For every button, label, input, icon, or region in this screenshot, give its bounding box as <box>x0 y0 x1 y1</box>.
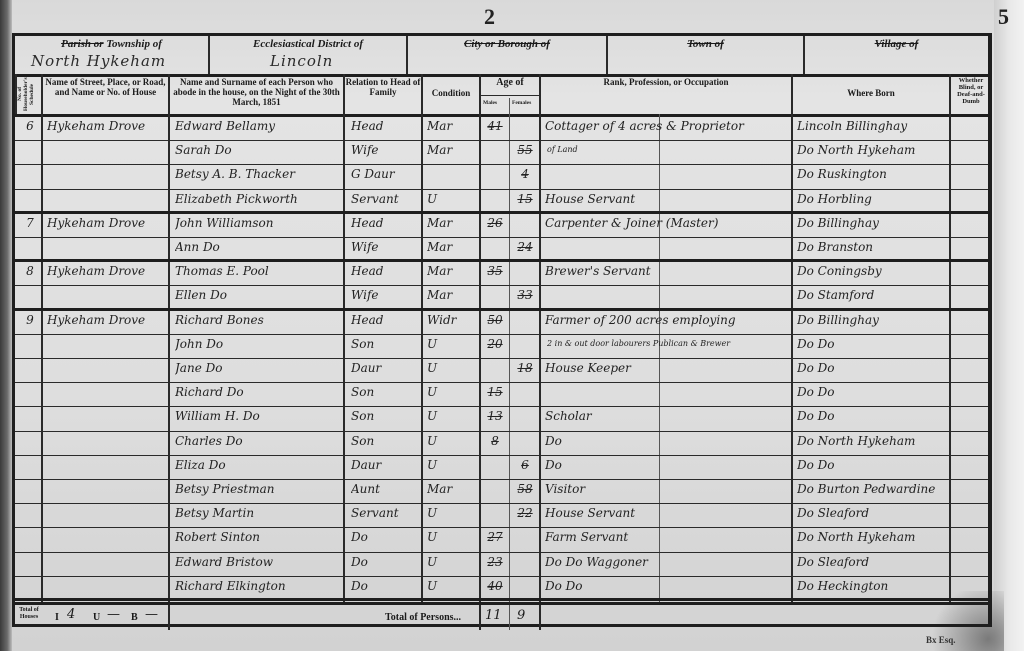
cell-name: Jane Do <box>175 361 341 375</box>
cell-born: Do Do <box>797 409 947 423</box>
archive-stamp: Bx Esq. <box>926 635 956 645</box>
cell-occupation: Visitor <box>545 482 789 496</box>
cell-condition: U <box>427 361 477 375</box>
col-schedule-no: No. of Householder's Schedule <box>15 74 43 114</box>
col-address: Name of Street, Place, or Road, and Name… <box>43 74 170 114</box>
cell-name: Thomas E. Pool <box>175 264 341 278</box>
township-value: North Hykeham <box>31 52 166 70</box>
col-females: Females <box>512 98 531 108</box>
parish-struck-label: Parish or <box>61 38 104 50</box>
page-edge <box>994 0 1024 651</box>
cell-occupation: Do <box>545 434 789 448</box>
cell-condition: Mar <box>427 288 477 302</box>
cell-occupation: Scholar <box>545 409 789 423</box>
cell-female: 22 <box>511 506 539 520</box>
total-houses-label: Total of Houses <box>17 607 41 621</box>
cell-name: John Do <box>175 337 341 351</box>
cell-schedule: 9 <box>21 313 39 327</box>
cell-relation: Son <box>351 434 419 448</box>
cell-condition: U <box>427 506 477 520</box>
table-row: Edward BristowDoU23Do Do WaggonerDo Slea… <box>15 553 988 577</box>
cell-born: Do North Hykeham <box>797 143 947 157</box>
building-value: — <box>145 607 158 622</box>
cell-condition: U <box>427 555 477 569</box>
cell-relation: Head <box>351 119 419 133</box>
city-struck-label: City or Borough of <box>464 38 550 50</box>
col-males: Males <box>483 98 497 108</box>
cell-relation: Daur <box>351 458 419 472</box>
cell-female: 24 <box>511 240 539 254</box>
cell-name: Richard Do <box>175 385 341 399</box>
cell-condition: Mar <box>427 143 477 157</box>
column-header-row: No. of Householder's Schedule Name of St… <box>15 74 988 117</box>
cell-condition: U <box>427 434 477 448</box>
cell-relation: Servant <box>351 506 419 520</box>
table-row: John DoSonU20Do Do2 in & out door labour… <box>15 335 988 359</box>
col-age: Age of Males Females <box>481 74 541 114</box>
cell-occupation: Do Do <box>545 579 789 593</box>
cell-born: Do Sleaford <box>797 506 947 520</box>
table-row: Robert SintonDoU27Farm ServantDo North H… <box>15 528 988 552</box>
folio-number-left: 2 <box>484 4 495 30</box>
table-row: Ann DoWifeMar24Do Branston <box>15 238 988 262</box>
col-name: Name and Surname of each Person who abod… <box>170 74 345 114</box>
cell-occupation: Cottager of 4 acres & Proprietor <box>545 119 789 133</box>
cell-address: Hykeham Drove <box>47 119 165 133</box>
cell-relation: Do <box>351 530 419 544</box>
cell-schedule: 6 <box>21 119 39 133</box>
cell-occupation: Carpenter & Joiner (Master) <box>545 216 789 230</box>
cell-name: Ellen Do <box>175 288 341 302</box>
cell-name: Betsy A. B. Thacker <box>175 167 341 181</box>
col-occupation: Rank, Profession, or Occupation <box>541 74 793 114</box>
cell-name: Edward Bellamy <box>175 119 341 133</box>
cell-name: William H. Do <box>175 409 341 423</box>
ecclesiastical-cell: Ecclesiastical District of Lincoln <box>210 36 408 74</box>
cell-condition: Mar <box>427 119 477 133</box>
cell-born: Do Billinghay <box>797 216 947 230</box>
cell-male: 23 <box>481 555 509 569</box>
cell-female: 33 <box>511 288 539 302</box>
place-header: Parish or Township of North Hykeham Eccl… <box>15 36 988 77</box>
cell-born: Lincoln Billinghay <box>797 119 947 133</box>
cell-relation: Wife <box>351 143 419 157</box>
cell-born: Do Stamford <box>797 288 947 302</box>
cell-born: Do Billinghay <box>797 313 947 327</box>
uninhabited-label: U <box>93 612 100 623</box>
cell-occupation: House Servant <box>545 506 789 520</box>
cell-name: Charles Do <box>175 434 341 448</box>
cell-born: Do Do <box>797 361 947 375</box>
cell-female: 15 <box>511 192 539 206</box>
cell-male: 8 <box>481 434 509 448</box>
cell-born: Do Do <box>797 458 947 472</box>
cell-condition: U <box>427 192 477 206</box>
cell-relation: Daur <box>351 361 419 375</box>
ecclesiastical-value: Lincoln <box>270 52 333 70</box>
inhabited-label: I <box>55 612 59 623</box>
cell-address: Hykeham Drove <box>47 313 165 327</box>
table-row: Jane DoDaurU18House KeeperDo Do <box>15 359 988 383</box>
cell-male: 15 <box>481 385 509 399</box>
table-row: 6Hykeham DroveEdward BellamyHeadMar41Cot… <box>15 117 988 141</box>
cell-name: Eliza Do <box>175 458 341 472</box>
town-struck-label: Town of <box>687 38 724 50</box>
cell-occupation: Farmer of 200 acres employing <box>545 313 789 327</box>
cell-born: Do Horbling <box>797 192 947 206</box>
cell-male: 40 <box>481 579 509 593</box>
cell-occupation-continuation: of Land <box>547 145 757 154</box>
cell-male: 20 <box>481 337 509 351</box>
total-females: 9 <box>517 608 525 623</box>
ecclesiastical-label: Ecclesiastical District of <box>210 38 406 50</box>
cell-schedule: 8 <box>21 264 39 278</box>
cell-born: Do Coningsby <box>797 264 947 278</box>
cell-female: 58 <box>511 482 539 496</box>
cell-relation: Servant <box>351 192 419 206</box>
cell-condition: Mar <box>427 264 477 278</box>
cell-relation: Do <box>351 579 419 593</box>
table-row: 7Hykeham DroveJohn WilliamsonHeadMar26Ca… <box>15 214 988 238</box>
cell-relation: G Daur <box>351 167 419 181</box>
cell-name: Robert Sinton <box>175 530 341 544</box>
cell-male: 35 <box>481 264 509 278</box>
building-label: B <box>131 612 138 623</box>
cell-born: Do Do <box>797 385 947 399</box>
table-row: William H. DoSonU13ScholarDo Do <box>15 407 988 431</box>
cell-occupation-continuation: 2 in & out door labourers Publican & Bre… <box>547 339 757 348</box>
cell-relation: Wife <box>351 240 419 254</box>
cell-relation: Do <box>351 555 419 569</box>
cell-condition: Mar <box>427 482 477 496</box>
table-row: 8Hykeham DroveThomas E. PoolHeadMar35Bre… <box>15 262 988 286</box>
table-row: Sarah DoWifeMar55Do North Hykehamof Land <box>15 141 988 165</box>
cell-condition: Widr <box>427 313 477 327</box>
census-schedule: Parish or Township of North Hykeham Eccl… <box>12 33 992 627</box>
col-relation: Relation to Head of Family <box>345 74 423 114</box>
cell-occupation: Do Do Waggoner <box>545 555 789 569</box>
cell-occupation: House Keeper <box>545 361 789 375</box>
cell-born: Do Burton Pedwardine <box>797 482 947 496</box>
cell-male: 50 <box>481 313 509 327</box>
cell-address: Hykeham Drove <box>47 264 165 278</box>
cell-condition: U <box>427 458 477 472</box>
cell-condition: U <box>427 385 477 399</box>
cell-relation: Wife <box>351 288 419 302</box>
col-condition: Condition <box>423 74 481 114</box>
cell-relation: Son <box>351 385 419 399</box>
cell-born: Do North Hykeham <box>797 530 947 544</box>
cell-male: 13 <box>481 409 509 423</box>
col-where-born: Where Born <box>793 74 951 114</box>
township-label: Township of <box>106 38 162 50</box>
cell-condition: U <box>427 409 477 423</box>
cell-condition: U <box>427 530 477 544</box>
cell-name: Betsy Martin <box>175 506 341 520</box>
cell-condition: Mar <box>427 240 477 254</box>
parish-cell: Parish or Township of North Hykeham <box>15 36 210 74</box>
city-cell: City or Borough of <box>408 36 608 74</box>
table-row: 9Hykeham DroveRichard BonesHeadWidr50Far… <box>15 311 988 335</box>
table-row: Elizabeth PickworthServantU15House Serva… <box>15 190 988 214</box>
village-struck-label: Village of <box>875 38 919 50</box>
cell-female: 55 <box>511 143 539 157</box>
totals-row: Total of Houses I 4 U — B — Total of Per… <box>15 602 988 630</box>
cell-condition: U <box>427 579 477 593</box>
cell-male: 41 <box>481 119 509 133</box>
total-persons-label: Total of Persons... <box>385 612 461 623</box>
cell-born: Do Do <box>797 337 947 351</box>
cell-female: 6 <box>511 458 539 472</box>
cell-male: 27 <box>481 530 509 544</box>
table-row: Richard DoSonU15Do Do <box>15 383 988 407</box>
cell-female: 4 <box>511 167 539 181</box>
cell-occupation: Farm Servant <box>545 530 789 544</box>
cell-occupation: House Servant <box>545 192 789 206</box>
age-heading: Age of <box>481 74 539 96</box>
inhabited-value: 4 <box>67 607 75 622</box>
cell-name: Richard Bones <box>175 313 341 327</box>
cell-name: John Williamson <box>175 216 341 230</box>
cell-schedule: 7 <box>21 216 39 230</box>
cell-occupation: Brewer's Servant <box>545 264 789 278</box>
cell-name: Betsy Priestman <box>175 482 341 496</box>
cell-relation: Head <box>351 313 419 327</box>
table-row: Betsy A. B. ThackerG Daur4Do Ruskington <box>15 165 988 189</box>
village-cell: Village of <box>805 36 988 74</box>
table-row: Eliza DoDaurU6DoDo Do <box>15 456 988 480</box>
table-row: Charles DoSonU8DoDo North Hykeham <box>15 432 988 456</box>
cell-condition: U <box>427 337 477 351</box>
table-row: Richard ElkingtonDoU40Do DoDo Heckington <box>15 577 988 601</box>
cell-born: Do Sleaford <box>797 555 947 569</box>
cell-relation: Son <box>351 337 419 351</box>
cell-occupation: Do <box>545 458 789 472</box>
cell-relation: Aunt <box>351 482 419 496</box>
cell-relation: Head <box>351 264 419 278</box>
cell-address: Hykeham Drove <box>47 216 165 230</box>
cell-born: Do North Hykeham <box>797 434 947 448</box>
total-males: 11 <box>485 608 502 623</box>
cell-relation: Son <box>351 409 419 423</box>
cell-male: 26 <box>481 216 509 230</box>
cell-female: 18 <box>511 361 539 375</box>
cell-condition: Mar <box>427 216 477 230</box>
cell-name: Richard Elkington <box>175 579 341 593</box>
book-binding <box>0 0 12 651</box>
cell-name: Edward Bristow <box>175 555 341 569</box>
cell-name: Sarah Do <box>175 143 341 157</box>
col-infirmity: Whether Blind, or Deaf-and-Dumb <box>951 74 991 114</box>
cell-name: Ann Do <box>175 240 341 254</box>
table-row: Betsy PriestmanAuntMar58VisitorDo Burton… <box>15 480 988 504</box>
cell-born: Do Heckington <box>797 579 947 593</box>
table-row: Betsy MartinServantU22House ServantDo Sl… <box>15 504 988 528</box>
cell-born: Do Branston <box>797 240 947 254</box>
cell-name: Elizabeth Pickworth <box>175 192 341 206</box>
town-cell: Town of <box>608 36 805 74</box>
uninhabited-value: — <box>107 607 120 622</box>
folio-number-right: 5 <box>998 4 1009 30</box>
cell-relation: Head <box>351 216 419 230</box>
table-row: Ellen DoWifeMar33Do Stamford <box>15 286 988 310</box>
cell-born: Do Ruskington <box>797 167 947 181</box>
